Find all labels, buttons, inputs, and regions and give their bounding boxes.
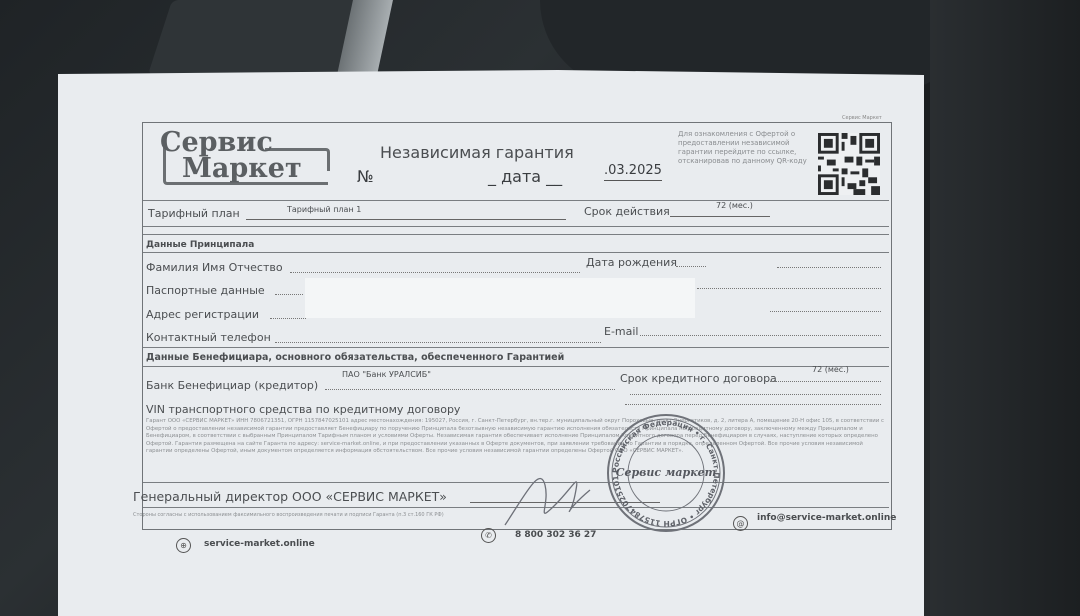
qr-note: Для ознакомления с Офертой о предоставле… (678, 130, 808, 166)
address-dots-2 (770, 311, 881, 312)
passport-dots-2 (697, 288, 881, 289)
vin-label: VIN транспортного средства по кредитному… (146, 403, 460, 416)
number-label: № (357, 167, 374, 186)
principal-heading: Данные Принципала (146, 240, 254, 250)
phone-dots (275, 342, 601, 343)
corner-label: Сервис Маркет (842, 115, 882, 121)
birth-date-label: Дата рождения (586, 256, 677, 269)
passport-label: Паспортные данные (146, 284, 265, 297)
tariff-plan-line (246, 219, 566, 220)
term-label: Срок действия (584, 205, 670, 218)
tariff-plan-value: Тарифный план 1 (287, 205, 361, 214)
signature-scribble (500, 455, 620, 535)
email-link[interactable]: info@service-market.online (757, 513, 896, 523)
birth-date-dots (676, 266, 706, 267)
fio-label: Фамилия Имя Отчество (146, 261, 283, 274)
fine-print: Гарант ООО «СЕРВИС МАРКЕТ» ИНН 780672135… (146, 418, 886, 456)
email-label: E-mail (604, 325, 639, 338)
document-title: Независимая гарантия (380, 143, 574, 162)
website-link[interactable]: service-market.online (204, 539, 315, 549)
company-logo: Сервис Маркет (160, 130, 302, 182)
divider (143, 226, 889, 227)
beneficiary-heading: Данные Бенефициара, основного обязательс… (146, 352, 564, 363)
bank-label: Банк Бенефициар (кредитор) (146, 379, 318, 392)
email-icon: @ (733, 516, 748, 531)
address-dots (270, 318, 306, 319)
divider (143, 366, 889, 367)
qr-code-icon (817, 133, 881, 195)
consent-note: Стороны согласны с использованием факсим… (133, 512, 444, 518)
phone-number[interactable]: 8 800 302 36 27 (515, 530, 596, 540)
car-door (930, 0, 1080, 616)
vin-dots (625, 404, 881, 405)
divider (143, 252, 889, 253)
term-line (670, 216, 770, 217)
svg-text:Сервис маркет: Сервис маркет (616, 466, 717, 479)
loan-term-value: 72 (мес.) (812, 365, 849, 374)
birth-date-dots-2 (777, 267, 881, 268)
tariff-plan-label: Тарифный план (148, 207, 240, 220)
globe-icon: ⊕ (176, 538, 191, 553)
director-label: Генеральный директор ООО «СЕРВИС МАРКЕТ» (133, 489, 447, 504)
term-value: 72 (мес.) (716, 201, 753, 210)
redacted-area (305, 278, 695, 318)
divider (143, 347, 889, 348)
loan-term-dots (770, 381, 881, 382)
phone-label: Контактный телефон (146, 331, 271, 344)
company-stamp: Российская Федерация • г. Санкт-Петербур… (605, 412, 727, 534)
email-dots (640, 335, 881, 336)
fio-dots (290, 272, 580, 273)
phone-icon: ✆ (481, 528, 496, 543)
date-value: .03.2025 (604, 163, 662, 181)
passport-dots (275, 294, 303, 295)
logo-line2: Маркет (182, 156, 302, 182)
bank-dots (325, 389, 615, 390)
divider (143, 234, 889, 235)
address-label: Адрес регистрации (146, 308, 259, 321)
loan-term-label: Срок кредитного договора (620, 372, 777, 385)
bank-value: ПАО "Банк УРАЛСИБ" (342, 370, 431, 379)
loan-term-dots-2 (630, 394, 881, 395)
divider (143, 200, 889, 201)
date-label: _ дата __ (488, 167, 562, 186)
